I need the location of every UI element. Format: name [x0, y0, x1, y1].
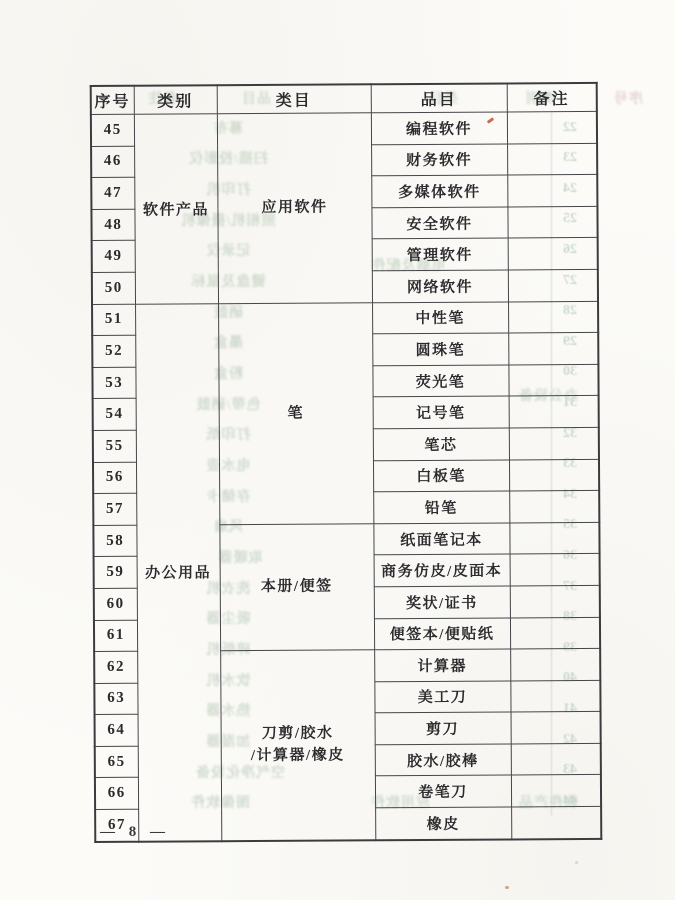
serial-number-cell: 54	[93, 399, 136, 431]
remark-cell	[511, 743, 601, 775]
serial-number-cell: 59	[94, 557, 137, 589]
class-cell: 刀剪/胶水/计算器/橡皮	[220, 650, 375, 841]
item-cell: 编程软件	[371, 112, 507, 144]
column-header-4: 备注	[507, 83, 597, 112]
serial-number-cell: 49	[92, 241, 135, 273]
remark-cell	[510, 648, 600, 680]
column-header-0: 序号	[91, 86, 134, 115]
serial-number-cell: 47	[91, 177, 134, 209]
remark-cell	[510, 680, 600, 712]
item-cell: 纸面笔记本	[373, 523, 509, 555]
remark-cell	[507, 111, 597, 143]
column-header-3: 品目	[371, 83, 507, 112]
page-number-footer: — 8 —	[100, 824, 170, 841]
remark-cell	[509, 427, 599, 459]
item-cell: 圆珠笔	[372, 333, 508, 365]
scan-speck	[575, 861, 578, 864]
serial-number-cell: 57	[93, 493, 136, 525]
bleedthrough-text: 序号	[613, 88, 643, 108]
serial-number-cell: 48	[91, 209, 134, 241]
remark-cell	[508, 269, 598, 301]
class-cell: 应用软件	[217, 113, 372, 303]
table-header-row: 序号类别类目品目备注	[91, 83, 597, 115]
item-cell: 荧光笔	[372, 365, 508, 397]
serial-number-cell: 61	[94, 620, 137, 652]
remark-cell	[507, 206, 597, 238]
item-cell: 中性笔	[372, 302, 508, 334]
catalog-table-wrapper: 序号类别类目品目备注 45软件产品应用软件编程软件46财务软件47多媒体软件48…	[90, 82, 603, 843]
serial-number-cell: 50	[92, 272, 135, 304]
serial-number-cell: 60	[94, 588, 137, 620]
item-cell: 网络软件	[372, 270, 508, 302]
scan-speck	[428, 120, 430, 122]
serial-number-cell: 46	[91, 146, 134, 178]
scan-speck	[505, 886, 509, 889]
category-cell: 办公用品	[135, 303, 221, 841]
remark-cell	[508, 301, 598, 333]
item-cell: 卷笔刀	[375, 775, 511, 807]
serial-number-cell: 53	[92, 367, 135, 399]
remark-cell	[507, 175, 597, 207]
item-cell: 计算器	[374, 649, 510, 681]
table-row: 45软件产品应用软件编程软件	[91, 111, 597, 146]
scanned-document-page: 备注品目类目类别序号幕布扫描/投影仪打印机照相机/摄像机记录仪键盘及鼠标电脑及配…	[0, 0, 675, 900]
item-cell: 商务仿皮/皮面本	[374, 554, 510, 586]
serial-number-cell: 51	[92, 304, 135, 336]
remark-cell	[507, 143, 597, 175]
remark-cell	[511, 806, 601, 839]
serial-number-cell: 64	[95, 715, 138, 747]
category-cell: 软件产品	[134, 114, 218, 304]
item-cell: 铅笔	[373, 491, 509, 523]
column-header-1: 类别	[134, 85, 217, 114]
remark-cell	[509, 522, 599, 554]
serial-number-cell: 62	[94, 651, 137, 683]
remark-cell	[509, 491, 599, 523]
remark-cell	[508, 364, 598, 396]
remark-cell	[508, 333, 598, 365]
remark-cell	[511, 775, 601, 807]
remark-cell	[510, 585, 600, 617]
serial-number-cell: 56	[93, 462, 136, 494]
item-cell: 橡皮	[375, 807, 511, 840]
item-cell: 剪刀	[375, 712, 511, 744]
class-cell: 本册/便签	[219, 524, 374, 651]
table-row: 51办公用品笔中性笔	[92, 301, 598, 336]
remark-cell	[508, 238, 598, 270]
item-cell: 管理软件	[372, 238, 508, 270]
item-cell: 美工刀	[374, 681, 510, 713]
remark-cell	[509, 396, 599, 428]
item-cell: 胶水/胶棒	[375, 744, 511, 776]
class-cell: 笔	[218, 302, 373, 524]
item-cell: 记号笔	[373, 396, 509, 428]
catalog-table: 序号类别类目品目备注 45软件产品应用软件编程软件46财务软件47多媒体软件48…	[90, 82, 603, 843]
serial-number-cell: 65	[95, 746, 138, 778]
serial-number-cell: 52	[92, 335, 135, 367]
serial-number-cell: 63	[94, 683, 137, 715]
remark-cell	[511, 712, 601, 744]
serial-number-cell: 45	[91, 114, 134, 146]
serial-number-cell: 55	[93, 430, 136, 462]
serial-number-cell: 66	[95, 778, 138, 810]
item-cell: 安全软件	[371, 207, 507, 239]
column-header-2: 类目	[217, 84, 371, 113]
remark-cell	[510, 554, 600, 586]
item-cell: 白板笔	[373, 459, 509, 491]
remark-cell	[510, 617, 600, 649]
item-cell: 财务软件	[371, 144, 507, 176]
remark-cell	[509, 459, 599, 491]
serial-number-cell: 58	[93, 525, 136, 557]
item-cell: 便签本/便贴纸	[374, 617, 510, 649]
item-cell: 笔芯	[373, 428, 509, 460]
item-cell: 奖状/证书	[374, 586, 510, 618]
item-cell: 多媒体软件	[371, 175, 507, 207]
